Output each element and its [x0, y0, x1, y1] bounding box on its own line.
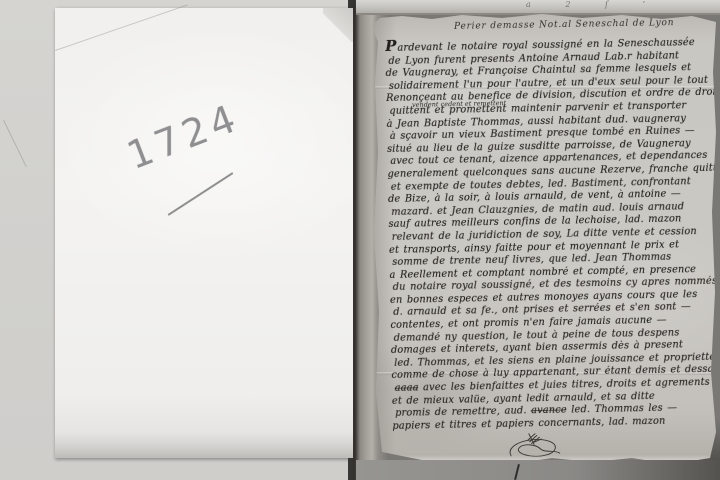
- book-bottom-shadow: [356, 460, 720, 480]
- scanner-bed-crease: [3, 120, 27, 167]
- page-corner-crease: [55, 4, 188, 51]
- blank-facing-page: 1724: [55, 8, 353, 458]
- year-annotation-underline: [168, 172, 234, 216]
- page-corner-fold: [323, 8, 353, 42]
- previous-page-edge: a 2 ſ ’: [356, 0, 720, 15]
- manuscript-page: Perier demasse Not.al Seneschal de Lyon …: [372, 12, 716, 464]
- notary-signature-flourish: [504, 432, 566, 462]
- bound-register: a 2 ſ ’ Perier demasse Not.al Seneschal …: [348, 0, 720, 480]
- year-annotation: 1724: [121, 95, 246, 178]
- manuscript-header: Perier demasse Not.al Seneschal de Lyon: [454, 18, 675, 32]
- manuscript-text-block: Pardevant le notaire royal soussigné en …: [385, 34, 720, 434]
- page-bottom-fold-shadow: [55, 432, 353, 458]
- scanned-register-photo: a 2 ſ ’ Perier demasse Not.al Seneschal …: [0, 0, 720, 480]
